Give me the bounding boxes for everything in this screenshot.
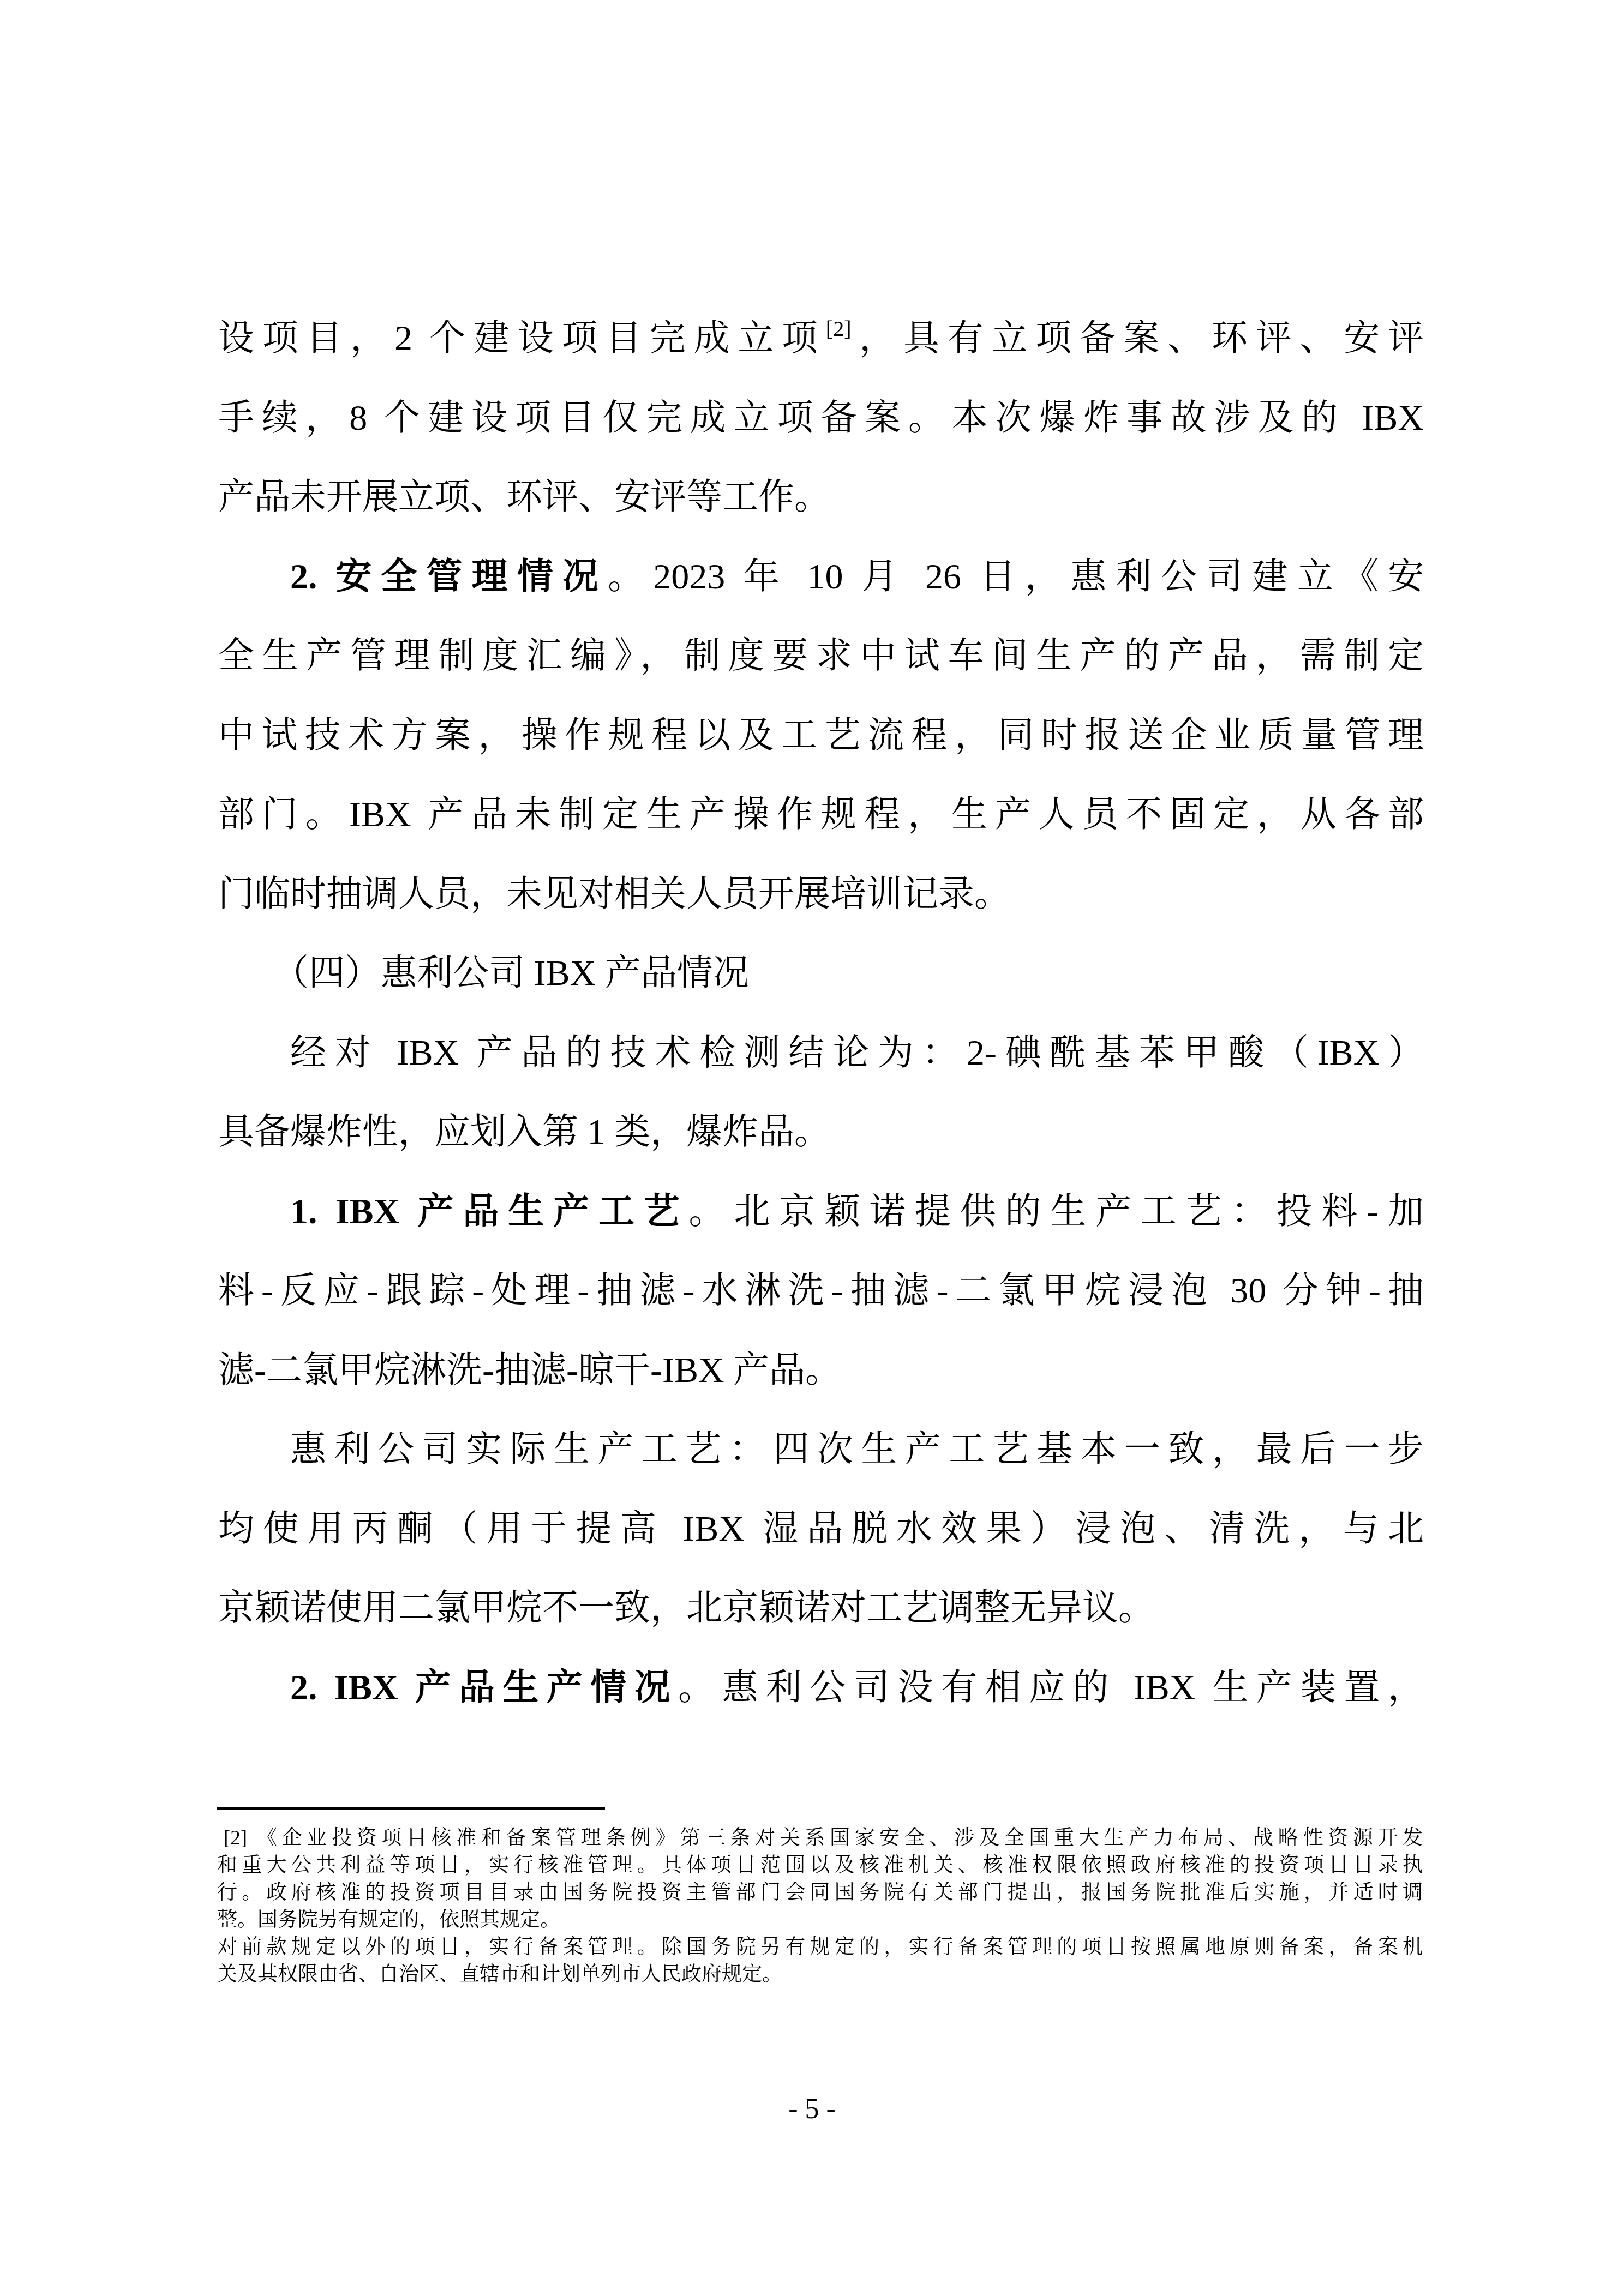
paragraph-heading: 2. 安全管理情况	[290, 557, 608, 597]
text-run: 。北京颖诺提供的生产工艺：投料-加	[689, 1192, 1424, 1231]
footnote-line: 行。政府核准的投资项目目录由国务院投资主管部门会同国务院有关部门提出，报国务院批…	[217, 1879, 1423, 1907]
text-run: 。2023 年 10 月 26 日，惠利公司建立《安	[608, 557, 1424, 597]
text-run: ，具有立项备案、环评、安评	[851, 318, 1424, 358]
text-line: 滤-二氯甲烷淋洗-抽滤-晾干-IBX 产品。	[218, 1331, 1424, 1410]
paragraph-production-process: 1. IBX 产品生产工艺。北京颖诺提供的生产工艺：投料-加 料-反应-跟踪-处…	[218, 1172, 1424, 1410]
footnote-line: 对前款规定以外的项目，实行备案管理。除国务院另有规定的，实行备案管理的项目按照属…	[217, 1934, 1423, 1961]
text-line: 1. IBX 产品生产工艺。北京颖诺提供的生产工艺：投料-加	[218, 1172, 1424, 1252]
footnote-reference[interactable]: [2]	[826, 316, 852, 341]
paragraph-heading: 1. IBX 产品生产工艺	[290, 1192, 689, 1231]
text-line: 京颖诺使用二氯甲烷不一致，北京颖诺对工艺调整无异议。	[218, 1568, 1424, 1648]
footnote-line: 关及其权限由省、自治区、直辖市和计划单列市人民政府规定。	[217, 1961, 1423, 1988]
body-text: 设项目，2 个建设项目完成立项[2]，具有立项备案、环评、安评 手续，8 个建设…	[218, 299, 1424, 1727]
page-number: - 5 -	[0, 2093, 1624, 2125]
text-line: 部门。IBX 产品未制定生产操作规程，生产人员不固定，从各部	[218, 775, 1424, 855]
text-run: 。惠利公司没有相应的 IBX 生产装置，	[678, 1668, 1424, 1708]
paragraph-test-conclusion: 经对 IBX 产品的技术检测结论为：2-碘酰基苯甲酸（IBX） 具备爆炸性，应划…	[218, 1013, 1424, 1172]
paragraph-actual-process: 惠利公司实际生产工艺：四次生产工艺基本一致，最后一步 均使用丙酮（用于提高 IB…	[218, 1410, 1424, 1648]
footnote-line: [2] 《企业投资项目核准和备案管理条例》第三条对关系国家安全、涉及全国重大生产…	[217, 1825, 1423, 1852]
paragraph-production-situation: 2. IBX 产品生产情况。惠利公司没有相应的 IBX 生产装置，	[218, 1648, 1424, 1728]
text-line: 经对 IBX 产品的技术检测结论为：2-碘酰基苯甲酸（IBX）	[218, 1013, 1424, 1093]
footnote-marker: [2]	[217, 1827, 247, 1849]
text-line: 手续，8 个建设项目仅完成立项备案。本次爆炸事故涉及的 IBX	[218, 378, 1424, 458]
text-line: 惠利公司实际生产工艺：四次生产工艺基本一致，最后一步	[218, 1410, 1424, 1489]
text-line: 具备爆炸性，应划入第 1 类，爆炸品。	[218, 1092, 1424, 1172]
paragraph-heading: 2. IBX 产品生产情况	[290, 1668, 678, 1708]
text-run: 《企业投资项目核准和备案管理条例》第三条对关系国家安全、涉及全国重大生产力布局、…	[247, 1827, 1423, 1849]
section-title: （四）惠利公司 IBX 产品情况	[218, 934, 1424, 1013]
text-line: 设项目，2 个建设项目完成立项[2]，具有立项备案、环评、安评	[218, 299, 1424, 378]
footnote-2: [2] 《企业投资项目核准和备案管理条例》第三条对关系国家安全、涉及全国重大生产…	[217, 1825, 1423, 1988]
text-line: 均使用丙酮（用于提高 IBX 湿品脱水效果）浸泡、清洗，与北	[218, 1489, 1424, 1569]
text-line: 全生产管理制度汇编》，制度要求中试车间生产的产品，需制定	[218, 616, 1424, 696]
paragraph-safety-management: 2. 安全管理情况。2023 年 10 月 26 日，惠利公司建立《安 全生产管…	[218, 537, 1424, 934]
text-line: 中试技术方案，操作规程以及工艺流程，同时报送企业质量管理	[218, 696, 1424, 776]
text-line: 2. 安全管理情况。2023 年 10 月 26 日，惠利公司建立《安	[218, 537, 1424, 617]
footnote-line: 和重大公共利益等项目，实行核准管理。具体项目范围以及核准机关、核准权限依照政府核…	[217, 1852, 1423, 1879]
footnotes: [2] 《企业投资项目核准和备案管理条例》第三条对关系国家安全、涉及全国重大生产…	[217, 1825, 1423, 1988]
text-line: 2. IBX 产品生产情况。惠利公司没有相应的 IBX 生产装置，	[218, 1648, 1424, 1728]
paragraph-project-approval: 设项目，2 个建设项目完成立项[2]，具有立项备案、环评、安评 手续，8 个建设…	[218, 299, 1424, 537]
footnote-separator	[217, 1807, 605, 1810]
text-line: 产品未开展立项、环评、安评等工作。	[218, 458, 1424, 537]
footnote-line: 整。国务院另有规定的，依照其规定。	[217, 1907, 1423, 1934]
section-heading: （四）惠利公司 IBX 产品情况	[218, 934, 1424, 1013]
text-run: 设项目，2 个建设项目完成立项	[218, 318, 826, 358]
text-line: 料-反应-跟踪-处理-抽滤-水淋洗-抽滤-二氯甲烷浸泡 30 分钟-抽	[218, 1251, 1424, 1331]
document-page: 设项目，2 个建设项目完成立项[2]，具有立项备案、环评、安评 手续，8 个建设…	[0, 0, 1624, 2296]
text-line: 门临时抽调人员，未见对相关人员开展培训记录。	[218, 855, 1424, 934]
